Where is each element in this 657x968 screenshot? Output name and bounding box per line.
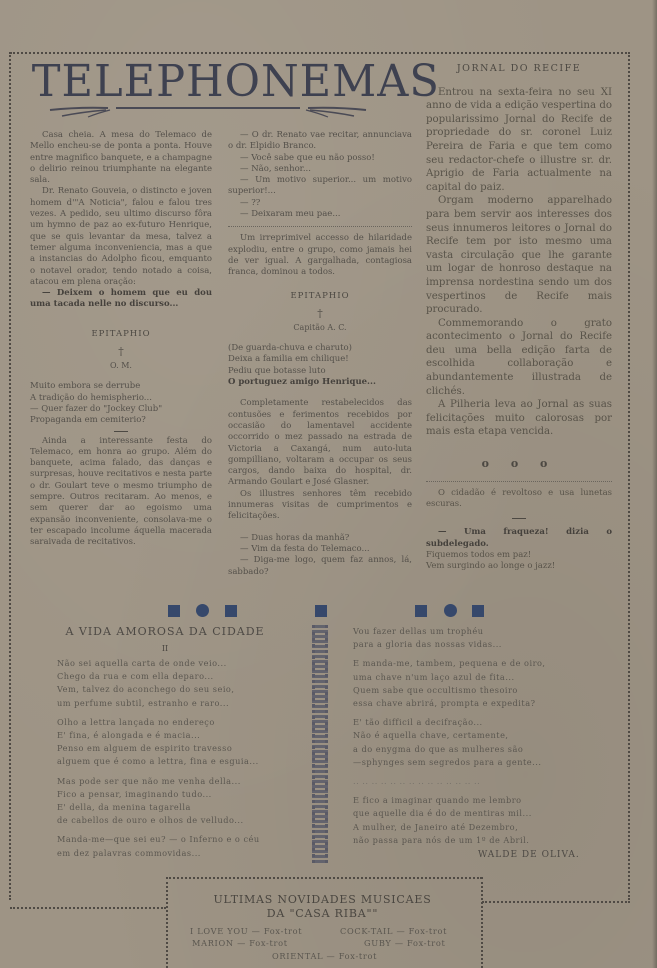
verse-line: (De guarda-chuva e charuto) [228, 343, 412, 354]
verse-line: E manda-me, tambem, pequena e de oiro, [353, 657, 546, 670]
song-genre: — Fox-trot [252, 926, 303, 936]
verse-line: um perfume subtil, estranho e raro... [57, 697, 260, 710]
chain-border-ornament [312, 625, 328, 863]
poem-right-column: Vou fazer dellas um trophéu para a glori… [353, 625, 546, 853]
verse-line: Deixa a familia em chilique! [228, 354, 412, 365]
page-edge-shadow [652, 0, 657, 968]
square-ornament-icon [315, 605, 327, 617]
verse-line: uma chave n'um laço azul de fita... [353, 671, 546, 684]
verse-line: que aquelle dia é do de mentiras mil... [353, 807, 546, 820]
dialog-line: — Duas horas da manhã? [228, 533, 412, 544]
frame-left-border [9, 52, 11, 900]
quote: — Deixem o homem que eu dou uma tacada n… [30, 288, 212, 311]
verse-line: Não sei aquella carta de onde veio... [57, 657, 260, 670]
verse-line: Fico a pensar, imaginando tudo... [57, 788, 260, 801]
paragraph: Casa cheia. A mesa do Telemaco de Mello … [30, 130, 212, 186]
advert-title-line: DA "CASA RIBA"" [170, 907, 475, 921]
dotted-separator [228, 226, 412, 227]
verse-line: a do enygma do que as mulheres são [353, 743, 546, 756]
jornal-do-recife-column: JORNAL DO RECIFE Entrou na sexta-feira n… [426, 62, 612, 572]
paragraph: Commemorando o grato acontecimento o Jor… [426, 317, 612, 399]
verse-line: Propaganda em cemiterio? [30, 415, 212, 426]
dialog-line: — O dr. Renato vae recitar, annunciava o… [228, 130, 412, 153]
frame-top-border [10, 52, 630, 54]
stanza: Manda-me—que sei eu? — o Inferno e o céu… [57, 833, 260, 859]
cross-icon: † [228, 308, 412, 320]
poem-author: WALDE DE OLIVA. [478, 850, 580, 860]
verse-line: —sphynges sem segredos para a gente... [353, 756, 546, 769]
advert-top-border [166, 877, 482, 879]
verse-line: Não é aquella chave, certamente, [353, 729, 546, 742]
song-title: COCK-TAIL [340, 926, 393, 936]
frame-bottom-left-border [10, 907, 166, 909]
verse-line: não passa para nós de um 1º de Abril. [353, 834, 546, 847]
dialog-line: — Vim da festa do Telemaco... [228, 544, 412, 555]
advert-title-line: ULTIMAS NOVIDADES MUSICAES [170, 893, 475, 907]
verse-line: Mas pode ser que não me venha della... [57, 775, 260, 788]
verse-line: essa chave abrirá, prompta e expedita? [353, 697, 546, 710]
verse-line: em dez palavras commovidas... [57, 847, 260, 860]
verse-line: A mulher, de Janeiro até Dezembro, [353, 821, 546, 834]
stanza: Vou fazer dellas um trophéu para a glori… [353, 625, 546, 651]
poem-part-number: II [40, 644, 290, 653]
verse-line: E' tão difficil a decifração... [353, 716, 546, 729]
poem-left-column: Não sei aquella carta de onde veio... Ch… [57, 657, 260, 866]
epitaph-signature: Capitão A. C. [228, 322, 412, 333]
verse-line: E' fina, é alongada e é macia... [57, 729, 260, 742]
stanza: E fico a imaginar quando me lembro que a… [353, 794, 546, 847]
stanza: Olho a lettra lançada no endereço E' fin… [57, 716, 260, 769]
paragraph: Orgam moderno apparelhado para bem servi… [426, 194, 612, 316]
advert-item: GUBY — Fox-trot [364, 938, 445, 948]
stanza: Mas pode ser que não me venha della... F… [57, 775, 260, 828]
verse-line: Fiquemos todos em paz! [426, 550, 612, 561]
verse-line: Olho a lettra lançada no endereço [57, 716, 260, 729]
dialog-line: — ?? [228, 198, 412, 209]
circle-ornament-icon [196, 604, 209, 617]
verse-line: Quem sabe que occultismo thesoiro [353, 684, 546, 697]
verse-line: — Quer fazer do "Jockey Club" [30, 404, 212, 415]
short-rule [512, 518, 526, 519]
verse-line: Chego da rua e com ella deparo... [57, 670, 260, 683]
advert-item: I LOVE YOU — Fox-trot [190, 926, 302, 936]
epitaph-heading: EPITAPHIO [228, 291, 412, 302]
dotted-separator [426, 481, 612, 482]
paragraph: Completamente restabelecidos das contusõ… [228, 398, 412, 488]
dialog-line: — Uma fraqueza! dizia o subdelegado. [426, 527, 612, 550]
square-ornament-icon [225, 605, 237, 617]
poem-title: A VIDA AMOROSA DA CIDADE [40, 625, 290, 638]
verse-line: Pediu que botasse luto [228, 366, 412, 377]
dialog-line: — Um motivo superior... um motivo superi… [228, 175, 412, 198]
dotted-line: .. .. .. .. .. .. .. .. .. .. .. .. .. .… [353, 775, 546, 788]
verse-line: E fico a imaginar quando me lembro [353, 794, 546, 807]
verse-line: O portuguez amigo Henrique... [228, 377, 412, 388]
dialog-line: — Você sabe que eu não posso! [228, 153, 412, 164]
stanza: Não sei aquella carta de onde veio... Ch… [57, 657, 260, 710]
verse-line: Penso em alguem de espirito travesso [57, 742, 260, 755]
square-ornament-icon [415, 605, 427, 617]
verse-line: Muito embora se derrube [30, 381, 212, 392]
verse-line: Vem, talvez do aconchego do seu seio, [57, 683, 260, 696]
advert-item: MARION — Fox-trot [192, 938, 288, 948]
short-rule [114, 431, 128, 432]
paragraph: Dr. Renato Gouveia, o distincto e joven … [30, 186, 212, 288]
song-title: GUBY [364, 938, 392, 948]
section-heading: JORNAL DO RECIFE [426, 62, 612, 76]
verse-line: Manda-me—que sei eu? — o Inferno e o céu [57, 833, 260, 846]
separator-circles: o o o [426, 457, 612, 471]
advert-left-border [166, 877, 168, 968]
song-title: I LOVE YOU [190, 926, 248, 936]
frame-bottom-right-border [482, 901, 630, 903]
stanza: E manda-me, tambem, pequena e de oiro, u… [353, 657, 546, 710]
verse-line: de cabellos de ouro e olhos de velludo..… [57, 814, 260, 827]
dialog-line: — Não, senhor... [228, 164, 412, 175]
song-genre: — Fox-trot [237, 938, 288, 948]
song-genre: — Fox-trot [327, 951, 378, 961]
telephonemas-column-1: Casa cheia. A mesa do Telemaco de Mello … [30, 130, 212, 549]
song-genre: — Fox-trot [395, 938, 446, 948]
title-flourish-ornament [48, 104, 368, 122]
verse-line: A tradição do hemispherio... [30, 393, 212, 404]
dialog-line: — Deixaram meu pae... [228, 209, 412, 220]
song-genre: — Fox-trot [396, 926, 447, 936]
verse-line: alguem que é como a lettra, fina e esgui… [57, 755, 260, 768]
epitaph-heading: EPITAPHIO [30, 329, 212, 340]
verse-line: Vem surgindo ao longe o jazz! [426, 561, 612, 572]
verse-line: E' della, da menina tagarella [57, 801, 260, 814]
circle-ornament-icon [444, 604, 457, 617]
paragraph: O cidadão é revoltoso e usa lunetas escu… [426, 488, 612, 511]
paragraph: Ainda a interessante festa do Telemaco, … [30, 436, 212, 549]
advert-right-border [481, 877, 483, 968]
song-title: MARION [192, 938, 234, 948]
frame-right-border [628, 52, 630, 900]
advert-item: COCK-TAIL — Fox-trot [340, 926, 447, 936]
paragraph: Entrou na sexta-feira no seu XI anno de … [426, 86, 612, 195]
paragraph: Os illustres senhores têm recebido innum… [228, 489, 412, 523]
cross-icon: † [30, 346, 212, 358]
advert-item: ORIENTAL — Fox-trot [272, 951, 377, 961]
telephonemas-column-2: — O dr. Renato vae recitar, annunciava o… [228, 130, 412, 578]
magazine-page: TELEPHONEMAS Casa cheia. A mesa do Telem… [0, 0, 657, 968]
verse-line: Vou fazer dellas um trophéu [353, 625, 546, 638]
advert-title: ULTIMAS NOVIDADES MUSICAES DA "CASA RIBA… [170, 893, 475, 921]
epitaph-signature: O. M. [30, 360, 212, 371]
paragraph: Um irreprimivel accesso de hilaridade ex… [228, 233, 412, 278]
verse-line: para a gloria das nossas vidas... [353, 638, 546, 651]
page-title: TELEPHONEMAS [32, 56, 404, 107]
square-ornament-icon [168, 605, 180, 617]
paragraph: A Pilheria leva ao Jornal as suas felici… [426, 398, 612, 439]
square-ornament-icon [472, 605, 484, 617]
stanza: E' tão difficil a decifração... Não é aq… [353, 716, 546, 769]
song-title: ORIENTAL [272, 951, 323, 961]
dialog-line: — Diga-me logo, quem faz annos, lá, sabb… [228, 555, 412, 578]
